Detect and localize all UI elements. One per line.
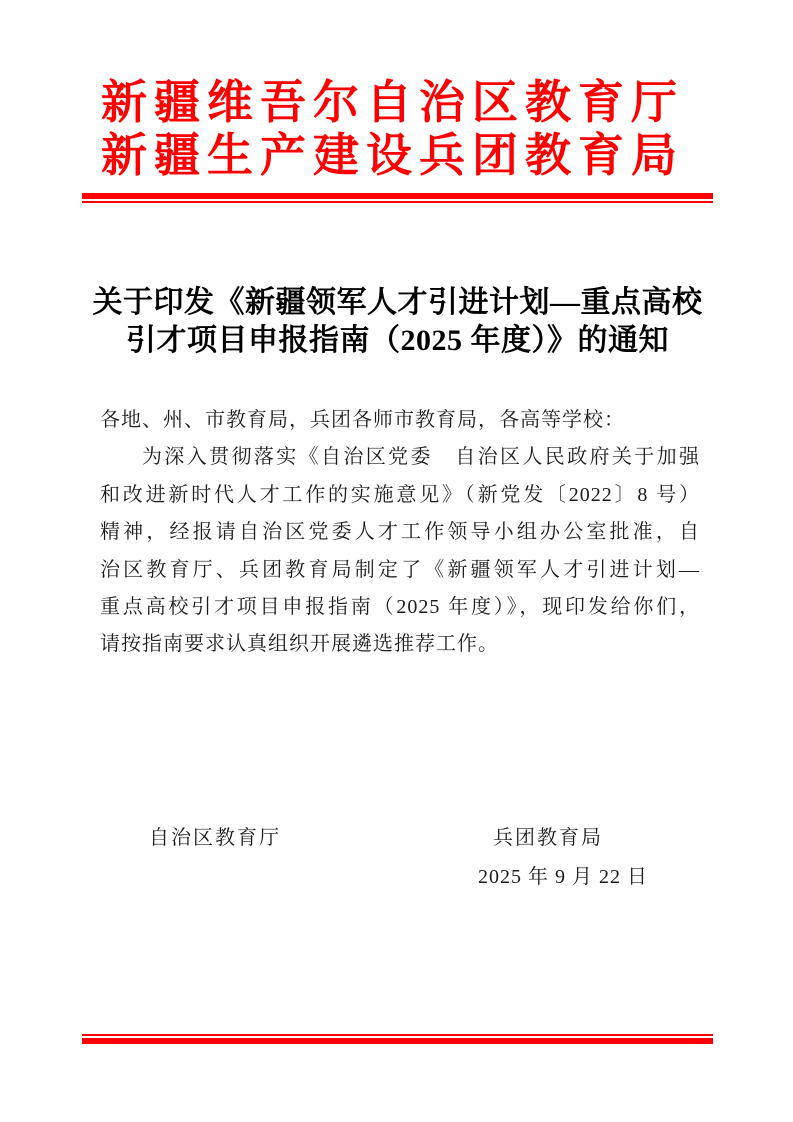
signature-left-org: 自治区教育厅 [149, 821, 281, 850]
body-line: 治区教育厅、兵团教育局制定了《新疆领军人才引进计划— [100, 552, 700, 589]
body-line: 请按指南要求认真组织开展遴选推荐工作。 [100, 626, 700, 663]
letterhead-rule-thin [82, 201, 713, 203]
letterhead-org-line2: 新疆生产建设兵团教育局 [101, 129, 677, 182]
letterhead-org-line1: 新疆维吾尔自治区教育厅 [101, 76, 677, 129]
letterhead-rule-thick [82, 193, 713, 199]
body-line: 精神，经报请自治区党委人才工作领导小组办公室批准，自 [100, 514, 700, 551]
document-page: 新疆维吾尔自治区教育厅 新疆生产建设兵团教育局 关于印发《新疆领军人才引进计划—… [0, 0, 793, 1122]
salutation-line: 各地、州、市教育局，兵团各师市教育局，各高等学校： [100, 402, 700, 439]
footer-rule-thick [82, 1038, 713, 1044]
body-line: 为深入贯彻落实《自治区党委 自治区人民政府关于加强 [100, 439, 700, 476]
body-line: 重点高校引才项目申报指南（2025 年度）》，现印发给你们， [100, 589, 700, 626]
signature-date: 2025 年 9 月 22 日 [478, 860, 648, 889]
body-line: 和改进新时代人才工作的实施意见》（新党发〔2022〕8 号） [100, 477, 700, 514]
document-title: 关于印发《新疆领军人才引进计划—重点高校 引才项目申报指南（2025 年度）》的… [82, 284, 713, 360]
letterhead: 新疆维吾尔自治区教育厅 新疆生产建设兵团教育局 [101, 76, 677, 182]
document-body: 各地、州、市教育局，兵团各师市教育局，各高等学校： 为深入贯彻落实《自治区党委 … [100, 402, 700, 664]
document-title-line1: 关于印发《新疆领军人才引进计划—重点高校 [82, 284, 713, 322]
signature-right-org: 兵团教育局 [493, 821, 603, 850]
footer-rule-thin [82, 1034, 713, 1036]
document-title-line2: 引才项目申报指南（2025 年度）》的通知 [82, 322, 713, 360]
